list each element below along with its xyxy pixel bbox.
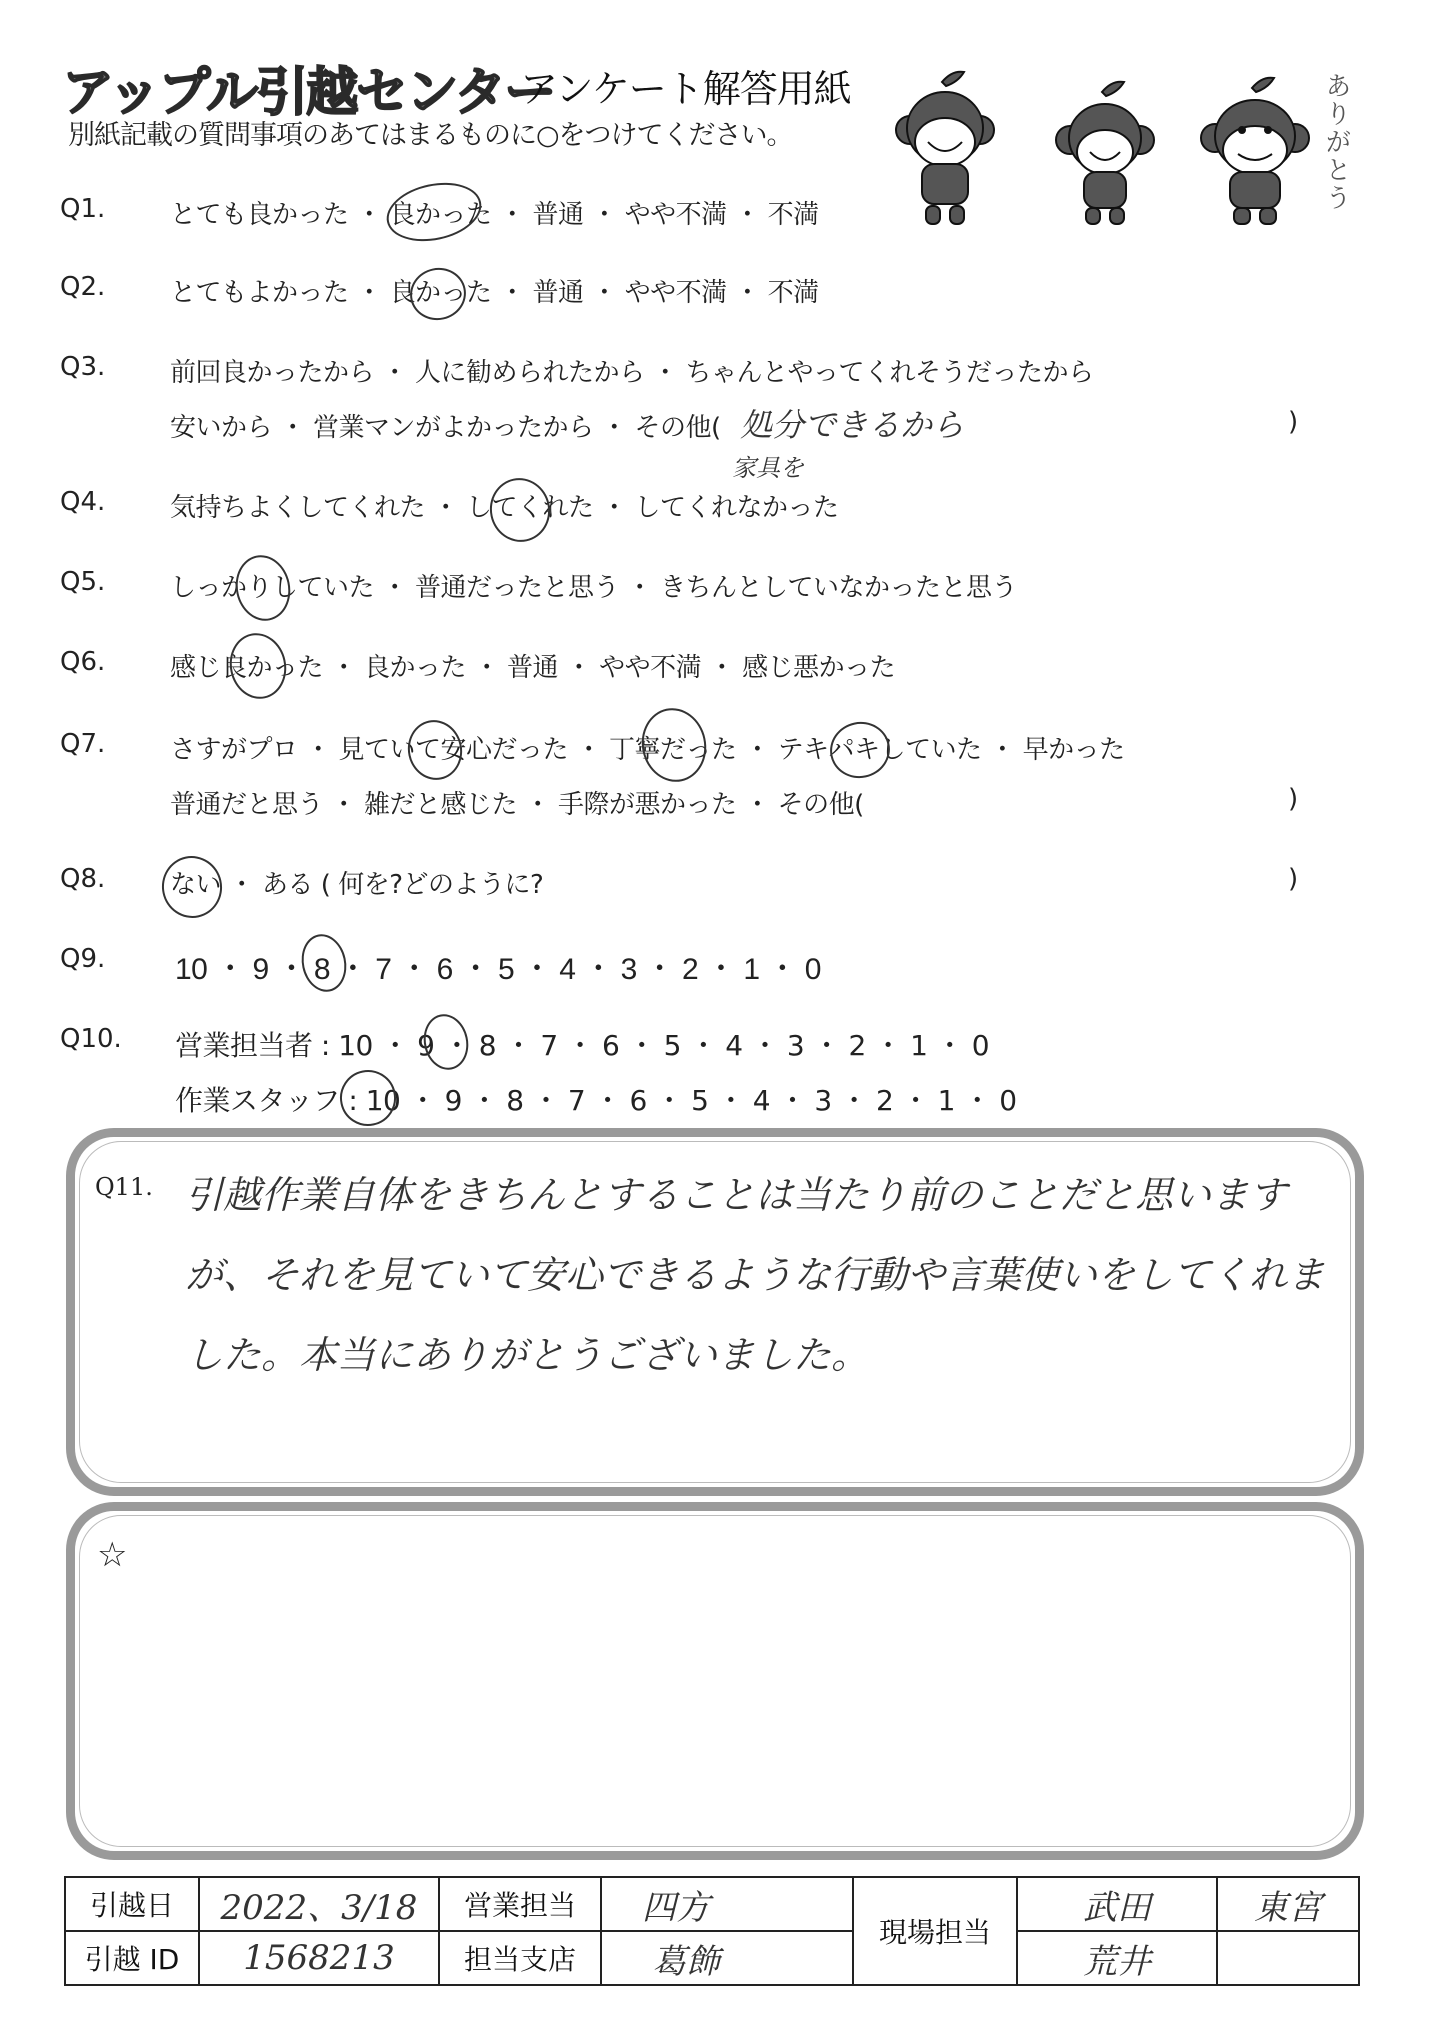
mascot-caption: ありがとう [1318,72,1355,212]
q3-close-paren: ) [1288,407,1298,437]
q3-options-line2[interactable]: 安いから ・ 営業マンがよかったから ・ その他( [170,407,721,444]
q5-selection-circle [230,550,297,626]
mascot-monkeys-illustration [880,60,1350,230]
q11-comment-box[interactable]: Q11. 引越作業自体をきちんとすることは当たり前のことだと思いますが、それを見… [66,1128,1364,1496]
q10-label: Q10. [60,1024,122,1054]
sales-rep-value[interactable]: 四方 [601,1877,853,1931]
q10-staff-selection-circle [335,1065,401,1131]
branch-value[interactable]: 葛飾 [601,1931,853,1985]
q10-sales-selection-circle [419,1010,474,1074]
q1-selection-circle [381,175,487,250]
q9-label: Q9. [60,944,105,974]
q4-label: Q4. [60,487,105,517]
move-id-value[interactable]: 1568213 [199,1931,439,1985]
move-info-table: 引越日 2022、3/18 営業担当 四方 現場担当 武田 東宮 引越 ID 1… [64,1876,1360,1986]
site-staff-2[interactable]: 東宮 [1217,1877,1359,1931]
move-date-label: 引越日 [65,1877,199,1931]
q8-close-paren: ) [1288,864,1298,894]
q8-label: Q8. [60,864,105,894]
form-title: アンケート解答用紙 [520,58,851,113]
q5-label: Q5. [60,567,105,597]
q9-scale[interactable]: 10 ・ 9 ・ 8 ・ 7 ・ 6 ・ 5 ・ 4 ・ 3 ・ 2 ・ 1 ・… [175,944,821,988]
star-icon: ☆ [97,1535,127,1575]
q8-selection-circle [156,850,228,923]
q1-options[interactable]: とても良かった ・ 良かった ・ 普通 ・ やや不満 ・ 不満 [170,194,819,231]
q10-sales-scale[interactable]: 営業担当者 : 10 ・ 9 ・ 8 ・ 7 ・ 6 ・ 5 ・ 4 ・ 3 ・… [175,1024,989,1064]
q7-label: Q7. [60,729,105,759]
q7-selection-circle-anshin [402,715,467,785]
q8-options[interactable]: ない ・ ある ( 何を?どのように? [170,864,543,901]
q3-other-handwritten: 処分できるから [740,400,964,446]
q5-options[interactable]: しっかりしていた ・ 普通だったと思う ・ きちんとしていなかったと思う [170,567,1017,604]
move-date-value[interactable]: 2022、3/18 [199,1877,439,1931]
q3-label: Q3. [60,352,105,382]
q2-options[interactable]: とてもよかった ・ 良かった ・ 普通 ・ やや不満 ・ 不満 [170,272,819,309]
q6-label: Q6. [60,647,105,677]
site-staff-3[interactable]: 荒井 [1017,1931,1217,1985]
q3-options-line1[interactable]: 前回良かったから ・ 人に勧められたから ・ ちゃんとやってくれそうだったから [170,352,1094,389]
remarks-box-inner-border [79,1515,1351,1847]
instruction-text: 別紙記載の質問事項のあてはまるものに○をつけてください。 [68,113,793,152]
q11-handwritten-comment: 引越作業自体をきちんとすることは当たり前のことだと思いますが、それを見ていて安心… [185,1155,1325,1395]
site-staff-1[interactable]: 武田 [1017,1877,1217,1931]
q1-label: Q1. [60,194,105,224]
q7-options-line2[interactable]: 普通だと思う ・ 雑だと感じた ・ 手際が悪かった ・ その他( [170,784,864,821]
q7-close-paren: ) [1288,784,1298,814]
sales-rep-label: 営業担当 [439,1877,601,1931]
q7-selection-circle-tekipaki [825,716,895,783]
q10-staff-scale[interactable]: 作業スタッフ : 10 ・ 9 ・ 8 ・ 7 ・ 6 ・ 5 ・ 4 ・ 3 … [175,1079,1017,1119]
site-staff-label: 現場担当 [853,1877,1017,1985]
site-staff-4[interactable] [1217,1931,1359,1985]
q6-selection-circle [224,628,292,704]
q4-selection-circle [484,472,556,547]
q7-selection-circle-teinei [635,702,713,788]
q11-label: Q11. [95,1173,153,1201]
move-id-label: 引越 ID [65,1931,199,1985]
branch-label: 担当支店 [439,1931,601,1985]
q2-label: Q2. [60,272,105,302]
q3-other-note-handwritten: 家具を [732,448,804,483]
remarks-box[interactable]: ☆ [66,1502,1364,1860]
